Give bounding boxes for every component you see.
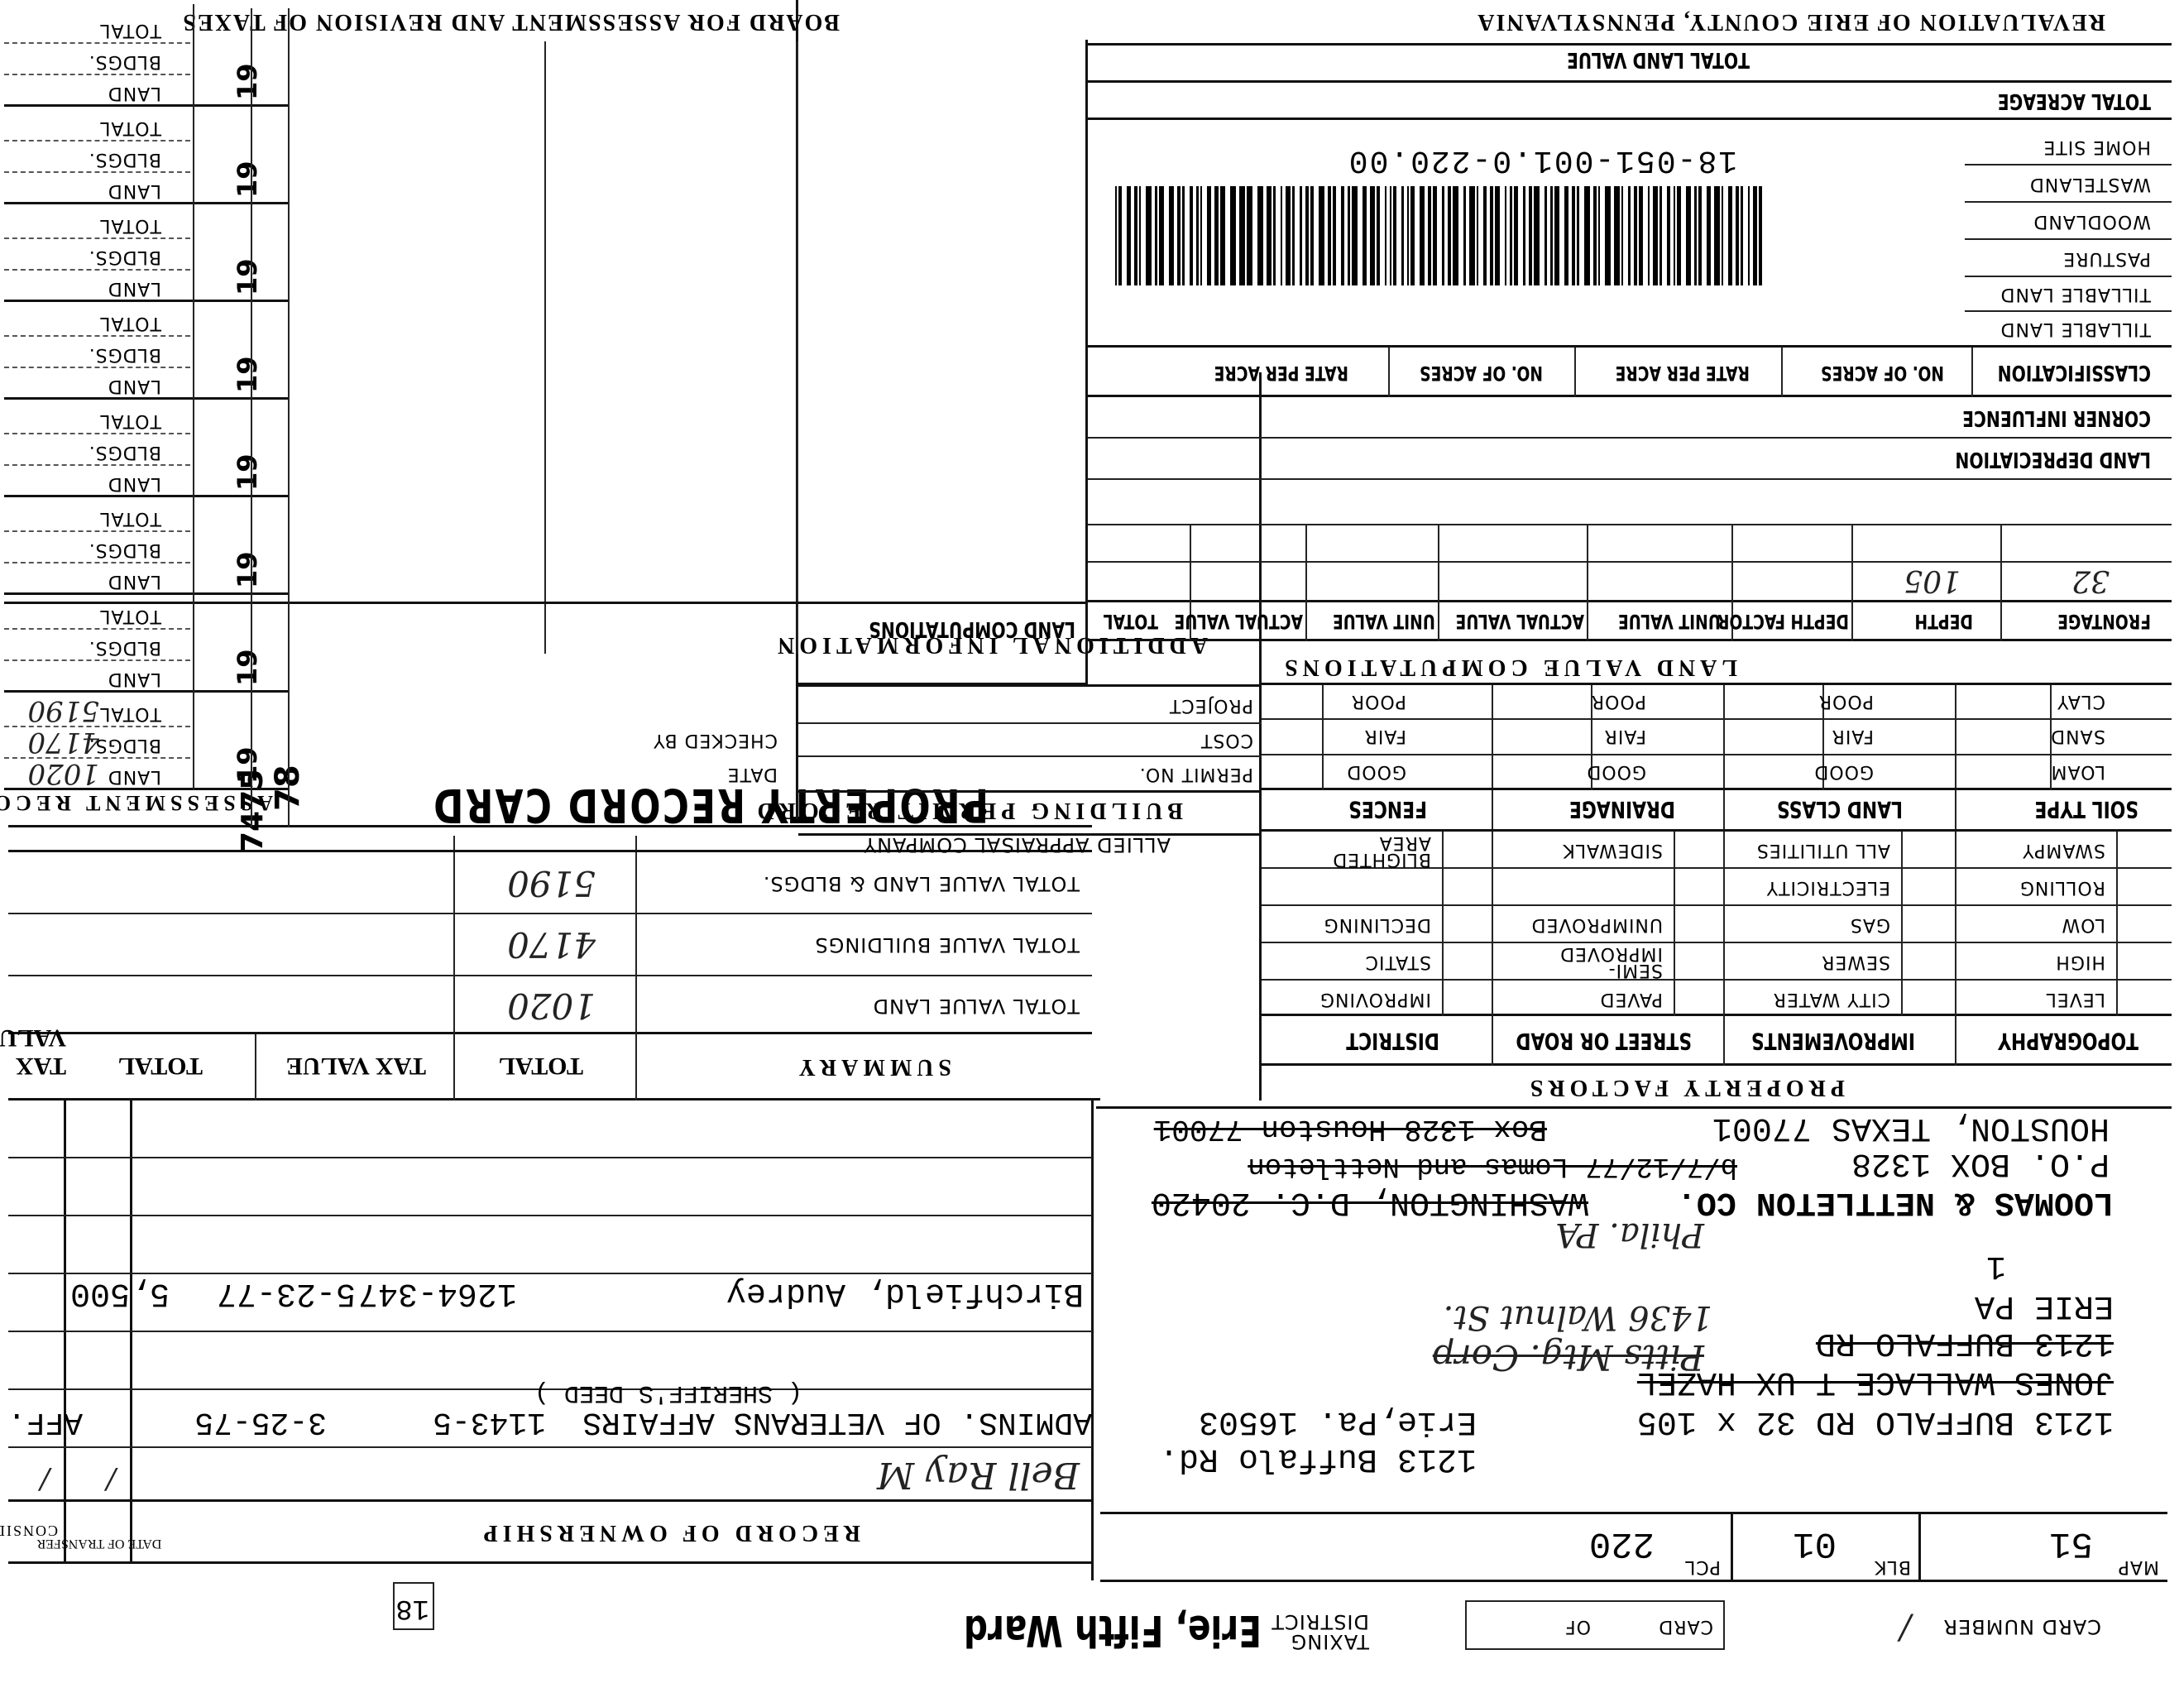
assessment-bldgs-label: BLDGS. bbox=[89, 442, 161, 463]
taxing-district-label: TAXING DISTRICT bbox=[1271, 1612, 1369, 1652]
barcode-icon bbox=[1100, 186, 1762, 285]
city-state: ERIE PA bbox=[1975, 1287, 2114, 1324]
assessment-total-label: TOTAL bbox=[99, 508, 161, 529]
mailing-address-line2: Erie,Pa. 16503 bbox=[1199, 1403, 1477, 1440]
blk-value: 01 bbox=[1793, 1523, 1837, 1564]
owner-row-2-note: ( SHERIFF'S DEED ) bbox=[534, 1379, 802, 1407]
summary-tax-value-header: TAX VALUE bbox=[286, 1052, 426, 1080]
assessment-year-prefix: 19 bbox=[232, 63, 263, 100]
pcl-value: 220 bbox=[1589, 1523, 1655, 1564]
card-number-label: CARD NUMBER bbox=[1943, 1615, 2102, 1638]
owner-row-2-consideration: AFF. bbox=[7, 1404, 83, 1440]
assessment-land-label: LAND bbox=[108, 376, 161, 396]
soil-type-header: SOIL TYPE bbox=[2034, 796, 2138, 823]
checked-by-label: CHECKED BY bbox=[653, 730, 778, 750]
assessment-record-title: ASSESSMENT RECORD bbox=[0, 790, 273, 815]
struck-box: Box 1328 Houston 77001 bbox=[1154, 1112, 1547, 1146]
land-class-header: LAND CLASS bbox=[1777, 796, 1903, 823]
summary-title: SUMMARY bbox=[794, 1053, 951, 1080]
owner-row-2: ADMINS. OF VETERANS AFFAIRS bbox=[582, 1404, 1092, 1440]
county-title: REVALUATION OF ERIE COUNTY, PENNSYLVANIA bbox=[1476, 8, 2105, 35]
owner-row-2-date: 3-25-75 bbox=[194, 1404, 327, 1440]
permit-no-label: PERMIT NO. bbox=[1139, 764, 1253, 784]
struck-note: b/7/12/77 Lomas and Nettleton bbox=[1248, 1150, 1737, 1182]
assessment-value: 5190 bbox=[27, 694, 99, 727]
summary-land-label: TOTAL VALUE LAND bbox=[873, 995, 1080, 1018]
total-land-value-label: TOTAL LAND VALUE bbox=[1567, 47, 1750, 72]
assessment-bldgs-label: BLDGS. bbox=[89, 149, 161, 170]
barcode-number: 18-051-001.0-220.00 bbox=[1348, 142, 1737, 178]
ownership-title: RECORD OF OWNERSHIP bbox=[479, 1519, 860, 1546]
struck-address: 1213 BUFFALO RD bbox=[1816, 1324, 2114, 1361]
owner-row-2-book: 1143-5 bbox=[433, 1404, 546, 1440]
project-label: PROJECT bbox=[1169, 695, 1253, 716]
assessment-bldgs-label: BLDGS. bbox=[89, 539, 161, 560]
assessment-total-label: TOTAL bbox=[99, 703, 161, 724]
depth-value: 105 bbox=[1904, 563, 1961, 597]
pcl-label: PCL bbox=[1684, 1556, 1721, 1577]
assessment-total-label: TOTAL bbox=[99, 20, 161, 41]
summary-buildings-total: 4170 bbox=[507, 924, 596, 965]
address-digit: 1 bbox=[1986, 1247, 2006, 1284]
owner-row-3-date: 5-23-77 bbox=[217, 1274, 356, 1312]
assessment-year-prefix: 19 bbox=[232, 356, 263, 393]
assessment-value: 1020 bbox=[27, 757, 99, 790]
assessment-total-label: TOTAL bbox=[99, 606, 161, 626]
assessment-land-label: LAND bbox=[108, 571, 161, 592]
taxing-district-value: Erie, Fifth Ward bbox=[964, 1605, 1262, 1655]
building-permit-title: BUILDING PERMIT RECORD bbox=[753, 797, 1183, 823]
assessment-bldgs-label: BLDGS. bbox=[89, 51, 161, 72]
card-of-box[interactable]: CARD OF bbox=[1465, 1600, 1725, 1650]
assessment-bldgs-label: BLDGS. bbox=[89, 247, 161, 267]
street-header: STREET OR ROAD bbox=[1516, 1028, 1692, 1055]
property-address: 1213 BUFFALO RD 32 x 105 bbox=[1637, 1403, 2114, 1440]
topography-header: TOPOGRAPHY bbox=[1998, 1028, 2138, 1055]
frontage-value: 32 bbox=[2071, 563, 2110, 597]
owner-row-3-book: 1264-347 bbox=[358, 1274, 517, 1312]
mortgage-company: LOOMAS & NETTLETON CO. bbox=[1677, 1183, 2114, 1220]
houston-address: HOUSTON, TEXAS 77001 bbox=[1712, 1109, 2110, 1146]
district-header: DISTRICT bbox=[1346, 1028, 1439, 1055]
cost-label: COST bbox=[1200, 730, 1253, 750]
owner-row-3-consideration: 5,500 bbox=[70, 1274, 170, 1312]
summary-land-total: 1020 bbox=[507, 985, 596, 1026]
assessment-year-prefix: 19 bbox=[232, 746, 263, 784]
card-number-value: / bbox=[1900, 1609, 1911, 1647]
struck-owner: JONES WALLACE T UX HAZEL bbox=[1637, 1363, 2114, 1400]
assessment-value: 4170 bbox=[27, 726, 99, 759]
assessment-total-label: TOTAL bbox=[99, 117, 161, 138]
handwritten-city: Phila. PA bbox=[1555, 1216, 1704, 1254]
allied-appraisal: ALLIED APPRAISAL COMPANY bbox=[864, 833, 1171, 856]
po-box: P.O. BOX 1328 bbox=[1851, 1144, 2110, 1182]
assessment-land-label: LAND bbox=[108, 180, 161, 201]
land-value-title: LAND VALUE COMPUTATIONS bbox=[1280, 654, 1737, 680]
handwritten-mortgage: Pitts Mtg. Corp bbox=[1433, 1337, 1704, 1378]
summary-land-bldgs-total: 5190 bbox=[507, 863, 596, 904]
assessment-total-label: TOTAL bbox=[99, 313, 161, 333]
assessment-year-prefix: 19 bbox=[232, 551, 263, 588]
assessment-year-prefix: 19 bbox=[232, 649, 263, 686]
assessment-total-label: TOTAL bbox=[99, 215, 161, 236]
date-label: DATE bbox=[727, 764, 778, 784]
assessment-year-prefix: 19 bbox=[232, 161, 263, 198]
assessment-land-label: LAND bbox=[108, 766, 161, 787]
drainage-header: DRAINAGE bbox=[1569, 796, 1675, 823]
assessment-land-label: LAND bbox=[108, 473, 161, 494]
summary-land-bldgs-label: TOTAL VALUE LAND & BLDGS. bbox=[763, 872, 1080, 895]
improvements-header: IMPROVEMENTS bbox=[1751, 1028, 1915, 1055]
board-title: BOARD FOR ASSESSMENT AND REVISION OF TAX… bbox=[181, 8, 840, 35]
assessment-year-prefix: 19 bbox=[232, 453, 263, 491]
summary-total-header: TOTAL bbox=[499, 1052, 583, 1080]
owner-row-1: Bell Ray M bbox=[877, 1454, 1080, 1496]
summary-buildings-label: TOTAL VALUE BUILDINGS bbox=[815, 933, 1080, 957]
assessment-land-label: LAND bbox=[108, 83, 161, 103]
assessment-bldgs-label: BLDGS. bbox=[89, 637, 161, 658]
mailing-address-line1: 1213 Buffalo Rd. bbox=[1159, 1440, 1477, 1477]
corner-influence-label: CORNER INFLUENCE bbox=[1962, 405, 2151, 430]
map-label: MAP bbox=[2118, 1556, 2159, 1577]
assessment-land-label: LAND bbox=[108, 669, 161, 689]
property-factors-title: PROPERTY FACTORS bbox=[1525, 1074, 1845, 1101]
map-value: 51 bbox=[2049, 1523, 2093, 1564]
assessment-year-prefix: 19 bbox=[232, 258, 263, 295]
land-computations-title: LAND COMPUTATIONS bbox=[869, 616, 1075, 641]
struck-city: WASHINGTON, D.C. 20420 bbox=[1152, 1183, 1588, 1220]
owner-row-3: Birchfield, Audrey bbox=[726, 1274, 1084, 1312]
assessment-land-label: LAND bbox=[108, 278, 161, 299]
consideration-header: CONSIDERATION bbox=[0, 1522, 58, 1539]
property-record-card: CARD NUMBER / CARD OF TAXING DISTRICT Er… bbox=[0, 0, 2184, 1688]
land-depreciation-label: LAND DEPRECIATION bbox=[1955, 447, 2151, 472]
assessment-total-label: TOTAL bbox=[99, 410, 161, 431]
classification-label: CLASSIFICATION bbox=[1998, 360, 2151, 385]
fences-header: FENCES bbox=[1348, 796, 1427, 823]
total-acreage-label: TOTAL ACREAGE bbox=[1998, 89, 2151, 113]
handwritten-street: 1436 Walnut St. bbox=[1444, 1298, 1712, 1336]
assessment-bldgs-label: BLDGS. bbox=[89, 344, 161, 365]
ward-box: 18 bbox=[393, 1582, 434, 1630]
blk-label: BLK bbox=[1874, 1556, 1911, 1577]
